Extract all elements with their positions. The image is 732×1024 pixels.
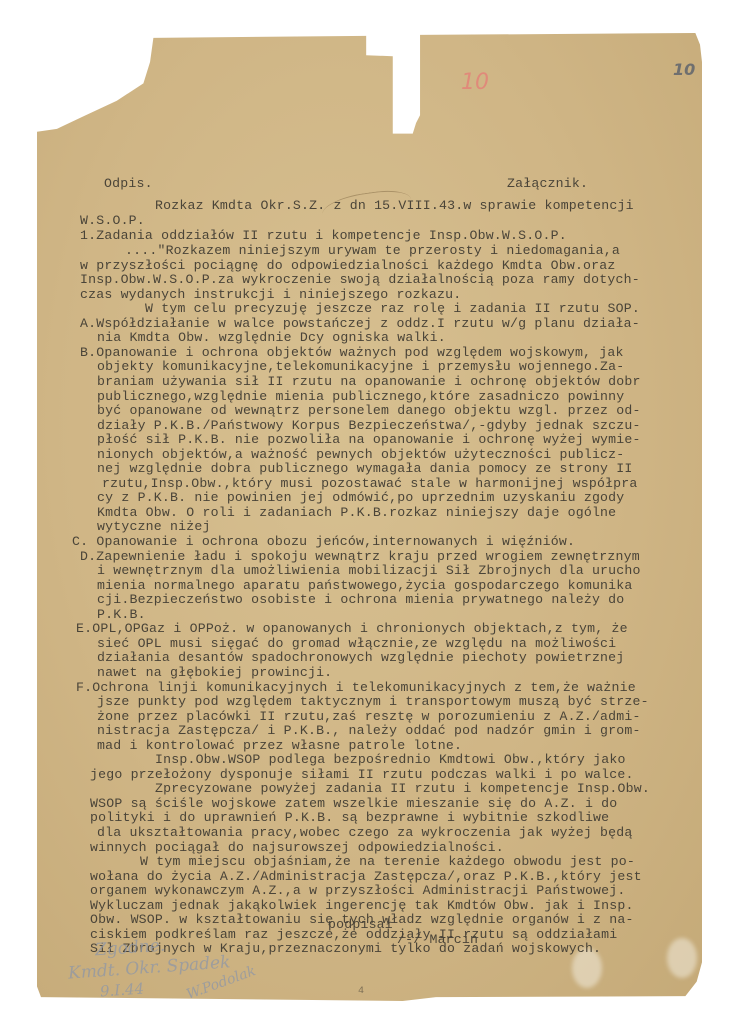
body-line: C. Opanowanie i ochrona obozu jeńców,int… [72, 535, 575, 550]
body-line: czas wydanych instrukcji i niniejszego r… [80, 288, 461, 303]
archive-page-number-pencil: 10 [673, 60, 695, 79]
footer-mark: 4 [358, 985, 364, 1000]
section-heading: 1.Zadania oddziałów II rzutu i kompetenc… [80, 229, 567, 244]
document-title-cont: W.S.O.P. [80, 214, 145, 229]
body-line: rzutu,Insp.Obw.,który musi pozostawać st… [102, 477, 638, 492]
body-line: jego przełożony dysponuje siłami II rzut… [90, 768, 634, 783]
body-line: Sił Zbrojnych w Kraju,przeznaczonymi tyl… [90, 942, 601, 957]
body-line: nej względnie dobra publicznego wymagała… [97, 462, 633, 477]
body-line: WSOP są ściśle wojskowe zatem wszelkie m… [90, 797, 617, 812]
body-line: nistracja Zastępcza/ i P.K.B., należy od… [97, 724, 641, 739]
body-line: objekty komunikacyjne,telekomunikacyjne … [97, 360, 624, 375]
body-line: B.Opanowanie i ochrona objektów ważnych … [80, 346, 624, 361]
body-line: publicznego,względnie mienia publicznego… [97, 390, 624, 405]
body-line: Insp.Obw.W.S.O.P.za wykroczenie swoją dz… [80, 273, 640, 288]
body-line: sieć OPL musi sięgać do gromad włącznie,… [97, 637, 616, 652]
body-line: Kmdta Obw. O roli i zadaniach P.K.B.rozk… [97, 506, 616, 521]
body-line: być opanowane od wewnątrz personelem dan… [97, 404, 641, 419]
header-right: Załącznik. [507, 177, 588, 192]
header-left: Odpis. [104, 177, 153, 192]
body-line: W tym celu precyzuję jeszcze raz rolę i … [145, 302, 640, 317]
paper-stain [667, 938, 697, 978]
body-line: w przyszłości pociągnę do odpowiedzialno… [80, 259, 616, 274]
body-line: cji.Bezpieczeństwo osobiste i ochrona mi… [97, 593, 624, 608]
body-line: F.Ochrona linji komunikacyjnych i teleko… [76, 681, 636, 696]
body-line: mad i kontrolować przez własne patrole l… [97, 739, 462, 754]
signature-label: podpisał [328, 918, 393, 933]
document-title: Rozkaz Kmdta Okr.S.Z. z dn 15.VIII.43.w … [155, 199, 634, 214]
body-line: winnych pociągał do najsurowszej odpowie… [90, 841, 504, 856]
body-line: nionych objektów,a ważność pewnych objek… [97, 448, 624, 463]
body-line: żone przez placówki II rzutu,zaś resztę … [97, 710, 641, 725]
body-line: jsze punkty pod względem taktycznym i tr… [97, 695, 649, 710]
body-line: cy z P.K.B. nie powinien jej odmówić,po … [97, 491, 624, 506]
body-line: organem wykonawczym A.Z.,a w przyszłości… [90, 884, 626, 899]
typewritten-text: Odpis. Załącznik. Rozkaz Kmdta Okr.S.Z. … [0, 0, 16, 161]
body-line: W tym miejscu objaśniam,że na terenie ka… [140, 855, 635, 870]
body-line: dla ukształtowania pracy,wobec czego za … [97, 826, 633, 841]
body-line: Insp.Obw.WSOP podlega bezpośrednio Kmdto… [155, 753, 626, 768]
body-line: płość sił P.K.B. nie pozwoliła na opanow… [97, 433, 641, 448]
body-line: Zprecyzowane powyżej zadania II rzutu i … [155, 782, 650, 797]
body-line: wytyczne niżej [97, 520, 211, 535]
body-line: nia Kmdta Obw. względnie Dcy ogniska wal… [97, 331, 446, 346]
body-line: D.Zapewnienie ładu i spokoju wewnątrz kr… [80, 550, 640, 565]
body-line: działy P.K.B./Państwowy Korpus Bezpiecze… [97, 419, 641, 434]
body-line: działania desantów spadochronowych wzglę… [97, 651, 624, 666]
body-line: P.K.B. [97, 608, 146, 623]
body-line: nawet na głębokiej prowincji. [97, 666, 332, 681]
body-line: mienia normalnego aparatu państwowego,ży… [97, 579, 633, 594]
signature-name: /-/ Marcin [397, 933, 478, 948]
pencil-note-3: 9.I.44 [99, 979, 144, 1000]
body-line: polityki i do uprawnień P.K.B. są bezpra… [90, 811, 609, 826]
body-line: i wewnętrznym dla umożliwienia mobilizac… [97, 564, 641, 579]
body-line: Wykluczam jednak jakąkolwiek ingerencję … [90, 899, 634, 914]
body-line: A.Współdziałanie w walce powstańczej z o… [80, 317, 640, 332]
body-line: braniam używania sił II rzutu na opanowa… [97, 375, 641, 390]
body-line: wołana do życia A.Z./Administracja Zastę… [90, 870, 642, 885]
archive-page-number-red: 10 [461, 70, 489, 95]
body-line: ...."Rozkazem niniejszym urywam te przer… [125, 244, 620, 259]
body-line: E.OPL,OPGaz i OPPoż. w opanowanych i chr… [76, 622, 628, 637]
